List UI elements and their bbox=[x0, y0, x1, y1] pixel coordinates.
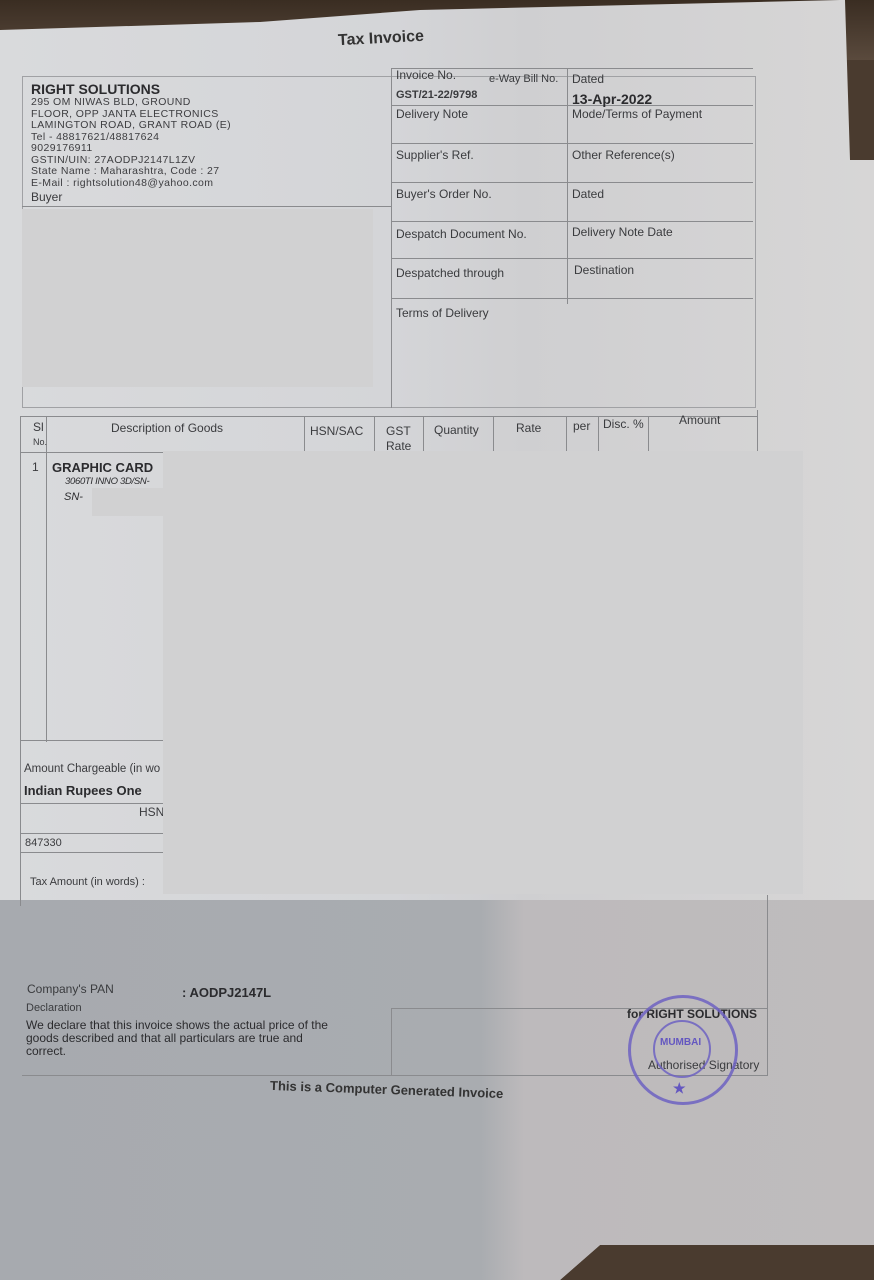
seller-name: RIGHT SOLUTIONS bbox=[31, 81, 160, 97]
amount-in-words: Indian Rupees One bbox=[24, 783, 142, 798]
delivery-note-label: Delivery Note bbox=[396, 107, 468, 121]
mode-terms-label: Mode/Terms of Payment bbox=[572, 107, 702, 121]
col-divider bbox=[566, 416, 567, 452]
dated-value: 13-Apr-2022 bbox=[572, 91, 652, 107]
seller-email: E-Mail : rightsolution48@yahoo.com bbox=[31, 178, 231, 190]
col-amount: Amount bbox=[679, 413, 720, 427]
hsn-summary-header: HSN bbox=[139, 805, 164, 819]
seller-address-line: LAMINGTON ROAD, GRANT ROAD (E) bbox=[31, 120, 231, 132]
stamp-city: MUMBAI bbox=[660, 1037, 701, 1048]
seller-address: 295 OM NIWAS BLD, GROUND FLOOR, OPP JANT… bbox=[31, 97, 231, 189]
item-detail-1: 3060TI INNO 3D/SN- bbox=[65, 476, 149, 487]
col-divider bbox=[648, 416, 649, 452]
rule bbox=[391, 298, 753, 299]
col-divider bbox=[374, 416, 375, 452]
terms-of-delivery-label: Terms of Delivery bbox=[396, 306, 489, 320]
col-rate: Rate bbox=[516, 421, 541, 435]
declaration-text: We declare that this invoice shows the a… bbox=[26, 1019, 328, 1058]
buyer-redaction bbox=[22, 209, 373, 387]
destination-label: Destination bbox=[574, 263, 634, 277]
invoice-no-value: GST/21-22/9798 bbox=[396, 89, 477, 101]
hsn-summary-value: 847330 bbox=[25, 837, 62, 849]
order-dated-label: Dated bbox=[572, 187, 604, 201]
buyers-order-label: Buyer's Order No. bbox=[396, 187, 492, 201]
rule bbox=[22, 206, 391, 207]
col-divider bbox=[304, 416, 305, 452]
rule bbox=[391, 258, 753, 259]
serial-redaction bbox=[92, 488, 164, 516]
col-divider bbox=[757, 410, 758, 452]
rule bbox=[391, 182, 753, 183]
col-sl-2: No. bbox=[33, 437, 47, 447]
despatched-through-label: Despatched through bbox=[396, 266, 504, 280]
stamp-star-icon: ★ bbox=[673, 1080, 686, 1097]
suppliers-ref-label: Supplier's Ref. bbox=[396, 148, 474, 162]
col-description: Description of Goods bbox=[111, 421, 223, 435]
delivery-note-date-label: Delivery Note Date bbox=[572, 225, 673, 239]
item-sl: 1 bbox=[32, 460, 39, 474]
amount-chargeable-label: Amount Chargeable (in wo bbox=[24, 763, 160, 775]
col-divider bbox=[598, 416, 599, 452]
rule bbox=[391, 221, 753, 222]
rule bbox=[391, 143, 753, 144]
despatch-doc-label: Despatch Document No. bbox=[396, 227, 527, 241]
header-mid-divider bbox=[567, 68, 568, 304]
rule bbox=[20, 803, 165, 804]
tax-amount-label: Tax Amount (in words) : bbox=[30, 876, 145, 888]
col-per: per bbox=[573, 419, 590, 433]
pan-label: Company's PAN bbox=[27, 982, 114, 996]
col-quantity: Quantity bbox=[434, 423, 479, 437]
col-sl: Sl bbox=[33, 420, 44, 434]
pan-value: : AODPJ2147L bbox=[182, 985, 271, 1000]
seller-state: State Name : Maharashtra, Code : 27 bbox=[31, 166, 231, 178]
seller-mobile: 9029176911 bbox=[31, 143, 231, 155]
dated-label: Dated bbox=[572, 72, 604, 86]
declaration-label: Declaration bbox=[26, 1002, 82, 1014]
declaration-line: correct. bbox=[26, 1045, 328, 1058]
col-hsn-sac: HSN/SAC bbox=[310, 424, 363, 438]
seller-address-line: 295 OM NIWAS BLD, GROUND bbox=[31, 97, 231, 109]
eway-bill-label: e-Way Bill No. bbox=[489, 73, 558, 85]
item-details-redaction bbox=[163, 451, 803, 894]
rule bbox=[20, 740, 165, 741]
rule bbox=[20, 833, 165, 834]
item-description: GRAPHIC CARD bbox=[52, 460, 153, 475]
other-refs-label: Other Reference(s) bbox=[572, 148, 675, 162]
col-gst: GST bbox=[386, 424, 411, 438]
header-divider bbox=[391, 68, 392, 408]
col-divider bbox=[46, 416, 47, 742]
col-divider bbox=[493, 416, 494, 452]
buyer-label: Buyer bbox=[31, 190, 62, 204]
item-detail-2: SN- bbox=[64, 491, 83, 503]
col-disc: Disc. % bbox=[603, 417, 644, 431]
rule bbox=[20, 852, 165, 853]
invoice-no-label: Invoice No. bbox=[396, 68, 456, 82]
col-divider bbox=[423, 416, 424, 452]
declaration-line: goods described and that all particulars… bbox=[26, 1032, 328, 1045]
